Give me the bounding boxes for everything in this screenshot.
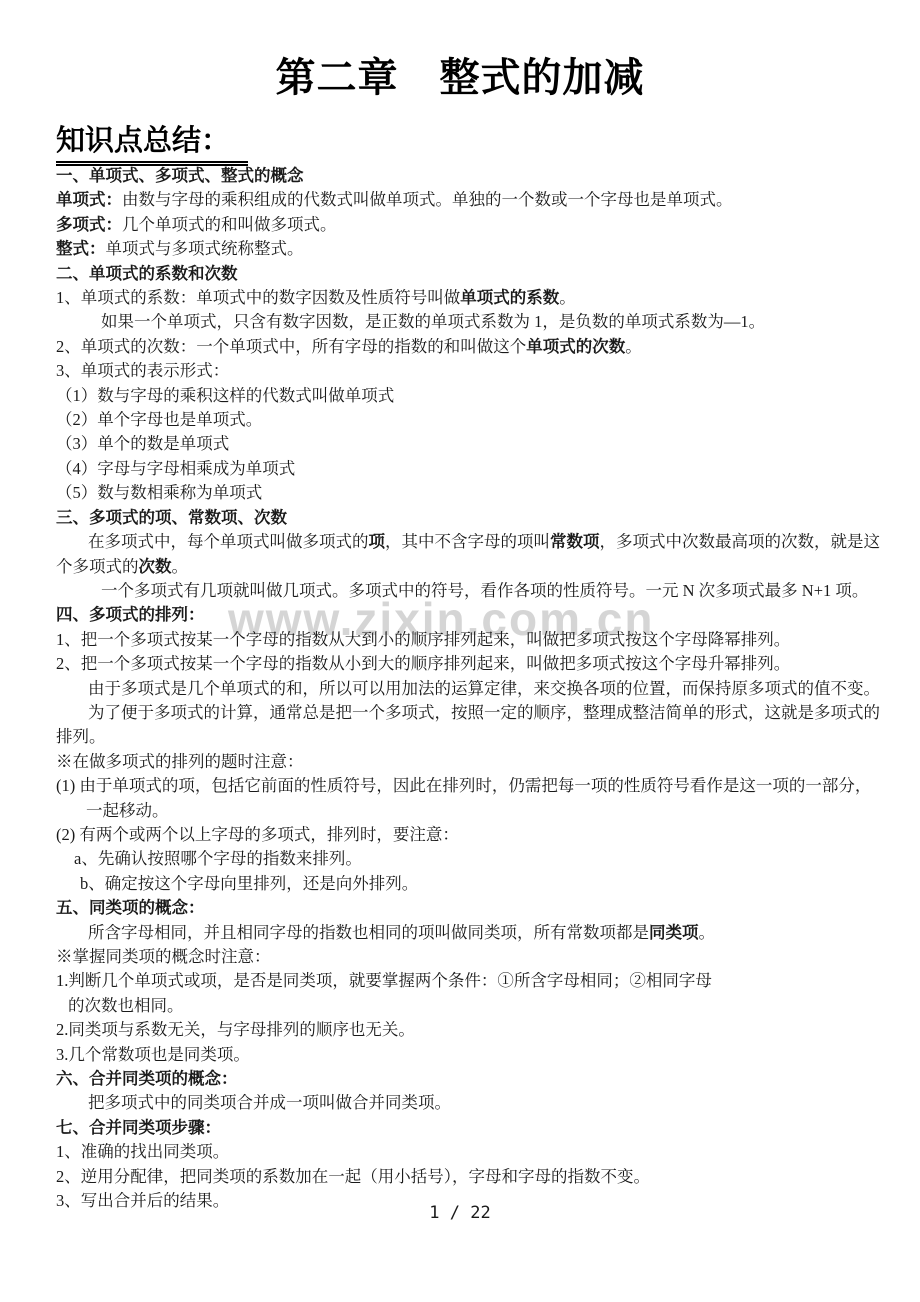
page-title: 第二章 整式的加减	[0, 46, 920, 103]
bold-text: 项	[369, 532, 386, 551]
body-text: 。	[625, 337, 642, 356]
text-line: 所含字母相同，并且相同字母的指数也相同的项叫做同类项，所有常数项都是同类项。	[56, 921, 868, 945]
text-line: (1) 由于单项式的项，包括它前面的性质符号，因此在排列时，仍需把每一项的性质符…	[56, 774, 868, 798]
body-text: （5）数与数相乘称为单项式	[56, 483, 262, 502]
text-line: 一个多项式有几项就叫做几项式。多项式中的符号，看作各项的性质符号。一元 N 次多…	[56, 579, 868, 603]
section-heading-line: 六、合并同类项的概念：	[56, 1067, 868, 1091]
body-text: 1、单项式的系数：单项式中的数字因数及性质符号叫做	[56, 288, 460, 307]
bold-text: 常数项	[550, 532, 600, 551]
text-line: 整式：单项式与多项式统称整式。	[56, 237, 868, 261]
body-text: 。	[699, 923, 716, 942]
text-line: 3、单项式的表示形式：	[56, 359, 868, 383]
body-text: 3、单项式的表示形式：	[56, 361, 229, 380]
body-text: 把多项式中的同类项合并成一项叫做合并同类项。	[88, 1093, 451, 1112]
text-line: 2、逆用分配律，把同类项的系数加在一起（用小括号），字母和字母的指数不变。	[56, 1165, 868, 1189]
text-line: 2、把一个多项式按某一个字母的指数从小到大的顺序排列起来，叫做把多项式按这个字母…	[56, 652, 868, 676]
body-text: 2.同类项与系数无关，与字母排列的顺序也无关。	[56, 1020, 415, 1039]
body-text: 如果一个单项式，只含有数字因数，是正数的单项式系数为 1，是负数的单项式系数为—…	[101, 312, 765, 331]
body-text: （2）单个字母也是单项式。	[56, 410, 262, 429]
text-line: 如果一个单项式，只含有数字因数，是正数的单项式系数为 1，是负数的单项式系数为—…	[56, 310, 868, 334]
body-text: 2、把一个多项式按某一个字母的指数从小到大的顺序排列起来，叫做把多项式按这个字母…	[56, 654, 790, 673]
text-line: （3）单个的数是单项式	[56, 432, 868, 456]
section-heading: 知识点总结：	[56, 118, 248, 166]
document-body: 一、单项式、多项式、整式的概念单项式：由数与字母的乘积组成的代数式叫做单项式。单…	[56, 164, 868, 1213]
section-heading-line: 二、单项式的系数和次数	[56, 262, 868, 286]
bold-text: 四、多项式的排列：	[56, 605, 205, 624]
text-line: 单项式：由数与字母的乘积组成的代数式叫做单项式。单独的一个数或一个字母也是单项式…	[56, 188, 868, 212]
text-line: b、确定按这个字母向里排列，还是向外排列。	[56, 872, 868, 896]
body-text: 单项式与多项式统称整式。	[106, 239, 304, 258]
document-page: www.zixin.com.cn 第二章 整式的加减 知识点总结： 一、单项式、…	[0, 0, 920, 1302]
body-text: 1、准确的找出同类项。	[56, 1142, 229, 1161]
body-text: 2、逆用分配律，把同类项的系数加在一起（用小括号），字母和字母的指数不变。	[56, 1167, 650, 1186]
body-text: 。	[172, 557, 189, 576]
page-number: 1 / 22	[0, 1203, 920, 1223]
body-text: 由数与字母的乘积组成的代数式叫做单项式。单独的一个数或一个字母也是单项式。	[122, 190, 733, 209]
text-line: 由于多项式是几个单项式的和，所以可以用加法的运算定律，来交换各项的位置，而保持原…	[56, 677, 868, 701]
text-line: （5）数与数相乘称为单项式	[56, 481, 868, 505]
text-line: （1）数与字母的乘积这样的代数式叫做单项式	[56, 384, 868, 408]
text-line: (2) 有两个或两个以上字母的多项式，排列时，要注意：	[56, 823, 868, 847]
text-line: 1.判断几个单项式或项，是否是同类项，就要掌握两个条件：①所含字母相同；②相同字…	[56, 969, 868, 993]
bold-text: 多项式：	[56, 215, 122, 234]
text-line: a、先确认按照哪个字母的指数来排列。	[56, 847, 868, 871]
body-text: ，多项式中次数最高项的次数，就是这	[600, 532, 881, 551]
body-text: ※在做多项式的排列的题时注意：	[56, 752, 304, 771]
body-text: 的次数也相同。	[68, 996, 184, 1015]
text-line: 1、把一个多项式按某一个字母的指数从大到小的顺序排列起来，叫做把多项式按这个字母…	[56, 628, 868, 652]
body-text: （3）单个的数是单项式	[56, 434, 229, 453]
bold-text: 单项式：	[56, 190, 122, 209]
text-line: （4）字母与字母相乘成为单项式	[56, 457, 868, 481]
section-heading-line: 三、多项式的项、常数项、次数	[56, 506, 868, 530]
text-line: ※在做多项式的排列的题时注意：	[56, 750, 868, 774]
body-text: 2、单项式的次数：一个单项式中，所有字母的指数的和叫做这个	[56, 337, 526, 356]
body-text: ，其中不含字母的项叫	[385, 532, 550, 551]
body-text: 在多项式中，每个单项式叫做多项式的	[88, 532, 369, 551]
text-line: 一起移动。	[56, 799, 868, 823]
text-line: 的次数也相同。	[56, 994, 868, 1018]
body-text: ※掌握同类项的概念时注意：	[56, 947, 271, 966]
bold-text: 整式：	[56, 239, 106, 258]
bold-text: 三、多项式的项、常数项、次数	[56, 508, 287, 527]
text-line: 为了便于多项式的计算，通常总是把一个多项式，按照一定的顺序，整理成整洁简单的形式…	[56, 701, 868, 725]
bold-text: 七、合并同类项步骤：	[56, 1118, 221, 1137]
text-line: （2）单个字母也是单项式。	[56, 408, 868, 432]
body-text: 1、把一个多项式按某一个字母的指数从大到小的顺序排列起来，叫做把多项式按这个字母…	[56, 630, 790, 649]
body-text: 1.判断几个单项式或项，是否是同类项，就要掌握两个条件：①所含字母相同；②相同字…	[56, 971, 712, 990]
section-heading-line: 五、同类项的概念：	[56, 896, 868, 920]
body-text: (2) 有两个或两个以上字母的多项式，排列时，要注意：	[56, 825, 459, 844]
body-text: 一起移动。	[86, 801, 169, 820]
bold-text: 一、单项式、多项式、整式的概念	[56, 166, 304, 185]
text-line: 1、单项式的系数：单项式中的数字因数及性质符号叫做单项式的系数。	[56, 286, 868, 310]
body-text: 3.几个常数项也是同类项。	[56, 1045, 250, 1064]
body-text: 一个多项式有几项就叫做几项式。多项式中的符号，看作各项的性质符号。一元 N 次多…	[101, 581, 868, 600]
body-text: 为了便于多项式的计算，通常总是把一个多项式，按照一定的顺序，整理成整洁简单的形式…	[88, 703, 880, 722]
text-line: 2.同类项与系数无关，与字母排列的顺序也无关。	[56, 1018, 868, 1042]
text-line: 把多项式中的同类项合并成一项叫做合并同类项。	[56, 1091, 868, 1115]
bold-text: 同类项	[649, 923, 699, 942]
text-line: 个多项式的次数。	[56, 555, 868, 579]
text-line: 排列。	[56, 725, 868, 749]
text-line: 多项式：几个单项式的和叫做多项式。	[56, 213, 868, 237]
bold-text: 次数	[139, 557, 172, 576]
bold-text: 单项式的次数	[526, 337, 625, 356]
body-text: 排列。	[56, 727, 106, 746]
body-text: （1）数与字母的乘积这样的代数式叫做单项式	[56, 386, 394, 405]
body-text: 几个单项式的和叫做多项式。	[122, 215, 337, 234]
bold-text: 五、同类项的概念：	[56, 898, 205, 917]
bold-text: 二、单项式的系数和次数	[56, 264, 238, 283]
text-line: 在多项式中，每个单项式叫做多项式的项，其中不含字母的项叫常数项，多项式中次数最高…	[56, 530, 868, 554]
bold-text: 单项式的系数	[460, 288, 559, 307]
body-text: a、先确认按照哪个字母的指数来排列。	[74, 849, 362, 868]
body-text: 。	[559, 288, 576, 307]
bold-text: 六、合并同类项的概念：	[56, 1069, 238, 1088]
text-line: 2、单项式的次数：一个单项式中，所有字母的指数的和叫做这个单项式的次数。	[56, 335, 868, 359]
body-text: b、确定按这个字母向里排列，还是向外排列。	[80, 874, 418, 893]
text-line: 3.几个常数项也是同类项。	[56, 1043, 868, 1067]
section-heading-line: 四、多项式的排列：	[56, 603, 868, 627]
body-text: 个多项式的	[56, 557, 139, 576]
body-text: (1) 由于单项式的项，包括它前面的性质符号，因此在排列时，仍需把每一项的性质符…	[56, 776, 871, 795]
section-heading-line: 七、合并同类项步骤：	[56, 1116, 868, 1140]
text-line: ※掌握同类项的概念时注意：	[56, 945, 868, 969]
body-text: 由于多项式是几个单项式的和，所以可以用加法的运算定律，来交换各项的位置，而保持原…	[88, 679, 880, 698]
body-text: 所含字母相同，并且相同字母的指数也相同的项叫做同类项，所有常数项都是	[88, 923, 649, 942]
section-heading-line: 一、单项式、多项式、整式的概念	[56, 164, 868, 188]
body-text: （4）字母与字母相乘成为单项式	[56, 459, 295, 478]
text-line: 1、准确的找出同类项。	[56, 1140, 868, 1164]
